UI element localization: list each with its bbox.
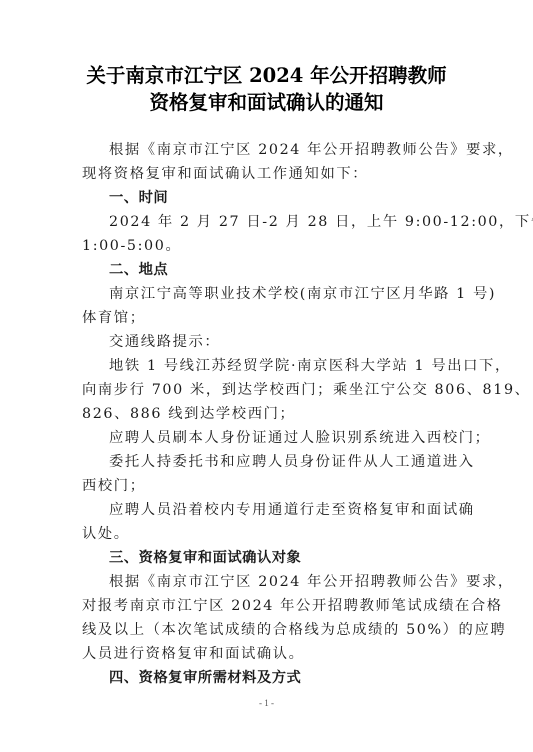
intro-line-2: 现将资格复审和面试确认工作通知如下： bbox=[82, 164, 462, 184]
targets-line-2: 对报考南京市江宁区 2024 年公开招聘教师笔试成绩在合格 bbox=[82, 596, 462, 616]
location-line-6: 826、886 线到达学校西门； bbox=[82, 404, 462, 424]
document-title-line-1: 关于南京市江宁区 2024 年公开招聘教师 bbox=[0, 62, 533, 89]
targets-line-3: 线及以上（本次笔试成绩的合格线为总成绩的 50%）的应聘 bbox=[82, 620, 462, 640]
section-heading-time: 一、时间 bbox=[109, 188, 489, 208]
location-line-2: 体育馆； bbox=[82, 308, 462, 328]
location-line-4: 地铁 1 号线江苏经贸学院·南京医科大学站 1 号出口下， bbox=[109, 356, 489, 376]
time-line-2: 1:00-5:00。 bbox=[82, 236, 462, 256]
targets-line-1: 根据《南京市江宁区 2024 年公开招聘教师公告》要求， bbox=[109, 572, 489, 592]
page-number: - 1 - bbox=[0, 698, 533, 708]
section-heading-targets: 三、资格复审和面试确认对象 bbox=[109, 548, 489, 568]
location-line-8: 委托人持委托书和应聘人员身份证件从人工通道进入 bbox=[109, 452, 489, 472]
targets-line-4: 人员进行资格复审和面试确认。 bbox=[82, 644, 462, 664]
time-line-1: 2024 年 2 月 27 日-2 月 28 日，上午 9:00-12:00，下… bbox=[109, 212, 489, 232]
location-line-5: 向南步行 700 米，到达学校西门；乘坐江宁公交 806、819、 bbox=[82, 380, 462, 400]
location-line-10: 应聘人员沿着校内专用通道行走至资格复审和面试确 bbox=[109, 500, 489, 520]
location-line-7: 应聘人员刷本人身份证通过人脸识别系统进入西校门； bbox=[109, 428, 489, 448]
location-line-1: 南京江宁高等职业技术学校(南京市江宁区月华路 1 号) bbox=[109, 284, 489, 304]
location-line-11: 认处。 bbox=[82, 524, 462, 544]
section-heading-location: 二、地点 bbox=[109, 260, 489, 280]
document-title-line-2: 资格复审和面试确认的通知 bbox=[0, 89, 533, 116]
location-line-3: 交通线路提示： bbox=[109, 332, 489, 352]
section-heading-materials: 四、资格复审所需材料及方式 bbox=[109, 668, 489, 688]
intro-line-1: 根据《南京市江宁区 2024 年公开招聘教师公告》要求， bbox=[109, 140, 489, 160]
location-line-9: 西校门； bbox=[82, 476, 462, 496]
